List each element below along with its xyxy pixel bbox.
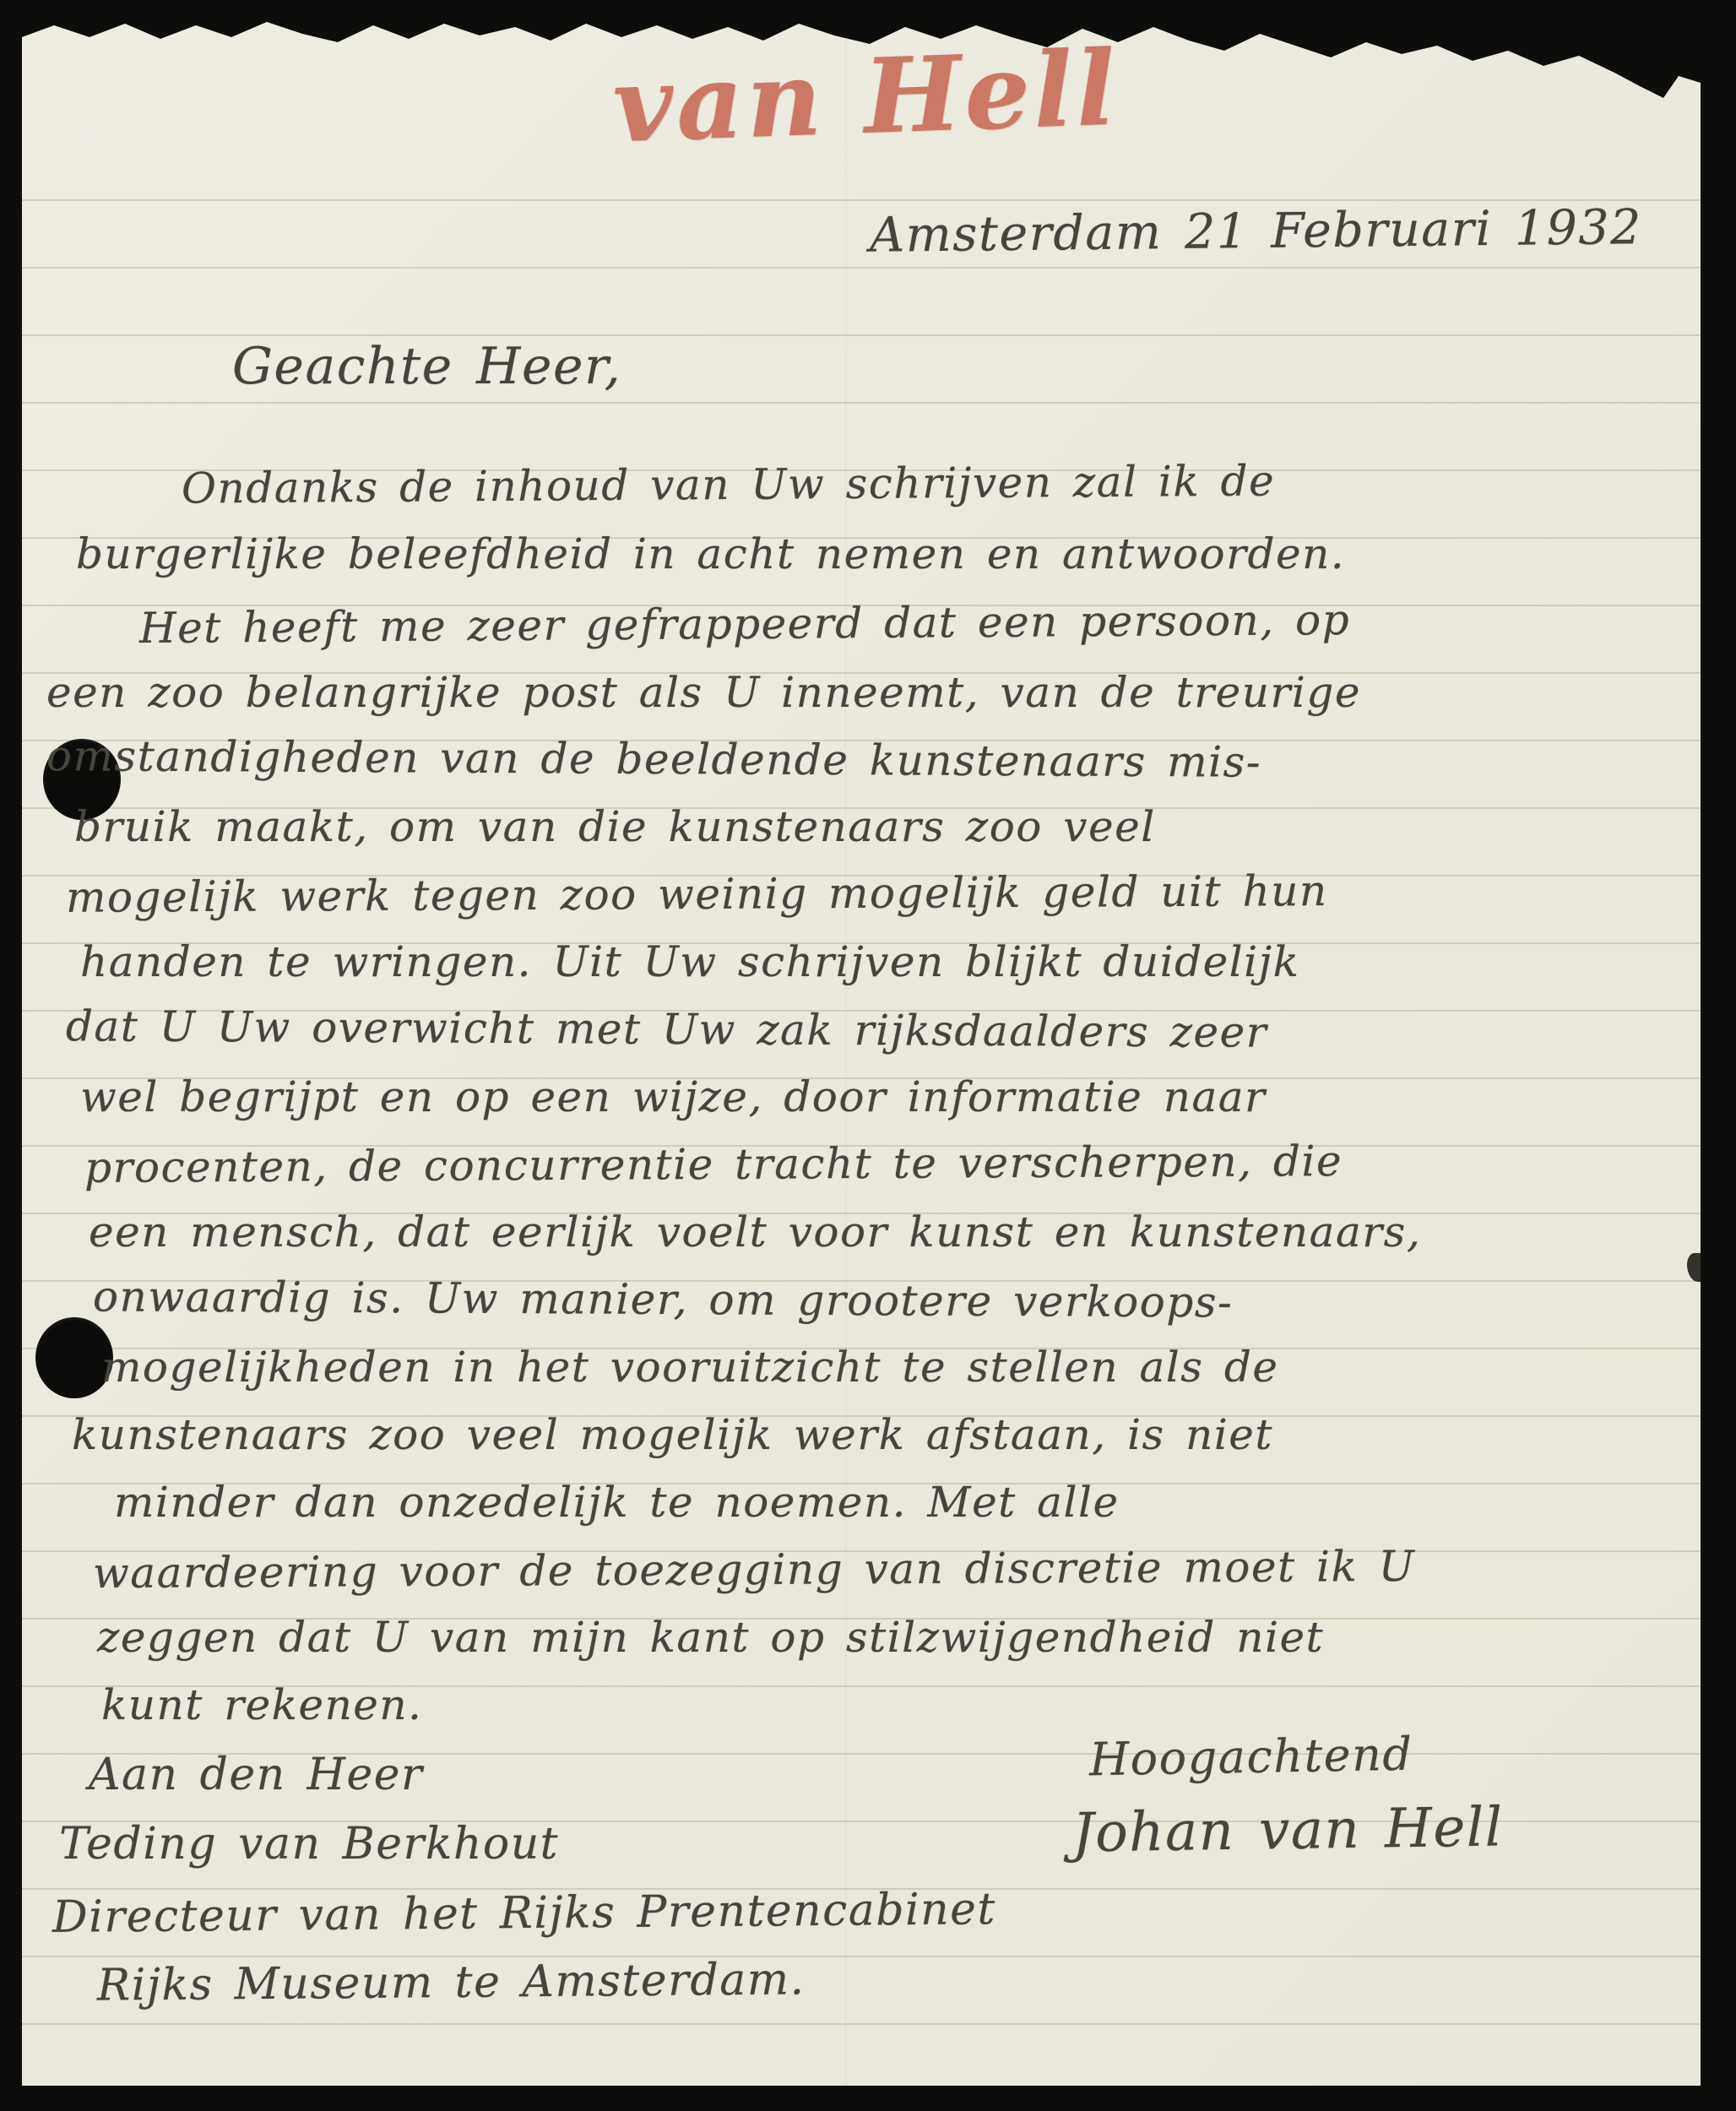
red-crayon-annotation: van Hell <box>611 27 1120 166</box>
body-line: burgerlijke beleefdheid in acht nemen en… <box>76 533 1345 575</box>
body-line: dat U Uw overwicht met Uw zak rijksdaald… <box>66 1005 1267 1053</box>
body-line: bruik maakt, om van die kunstenaars zoo … <box>74 806 1156 848</box>
dateline: Amsterdam 21 Februari 1932 <box>870 204 1642 260</box>
body-line: Het heeft me zeer gefrappeerd dat een pe… <box>139 599 1350 649</box>
body-line: kunt rekenen. <box>101 1684 422 1726</box>
signature: Johan van Hell <box>1072 1800 1504 1860</box>
body-line: zeggen dat U van mijn kant op stilzwijge… <box>97 1616 1324 1658</box>
body-line: handen te wringen. Uit Uw schrijven blij… <box>80 941 1299 983</box>
valediction: Hoogachtend <box>1089 1732 1413 1783</box>
body-line: wel begrijpt en op een wijze, door infor… <box>80 1076 1266 1118</box>
body-line: een mensch, dat eerlijk voelt voor kunst… <box>89 1211 1421 1253</box>
scanned-letter-photo: van Hell Amsterdam 21 Februari 1932 Geac… <box>0 0 1736 2111</box>
body-line: procenten, de concurrentie tracht te ver… <box>84 1140 1343 1189</box>
body-line: waardeering voor de toezegging van discr… <box>93 1545 1416 1594</box>
body-line: minder dan onzedelijk te noemen. Met all… <box>114 1481 1120 1523</box>
salutation: Geachte Heer, <box>232 341 621 392</box>
recipient-line: Teding van Berkhout <box>59 1822 559 1866</box>
body-line: mogelijkheden in het vooruitzicht te ste… <box>101 1346 1278 1388</box>
letter-page: van Hell Amsterdam 21 Februari 1932 Geac… <box>22 12 1701 2086</box>
body-line: Ondanks de inhoud van Uw schrijven zal i… <box>182 459 1275 509</box>
recipient-line: Rijks Museum te Amsterdam. <box>97 1957 806 2007</box>
body-line: kunstenaars zoo veel mogelijk werk afsta… <box>72 1414 1273 1456</box>
recipient-line: Directeur van het Rijks Prentencabinet <box>52 1887 996 1940</box>
recipient-line: Aan den Heer <box>89 1753 423 1797</box>
paper-edge-tear <box>1687 1253 1706 1282</box>
body-line: mogelijk werk tegen zoo weinig mogelijk … <box>66 870 1328 919</box>
body-line: een zoo belangrijke post als U inneemt, … <box>46 671 1361 714</box>
body-line: onwaardig is. Uw manier, om grootere ver… <box>93 1275 1234 1323</box>
body-line: omstandigheden van de beeldende kunstena… <box>46 735 1261 784</box>
